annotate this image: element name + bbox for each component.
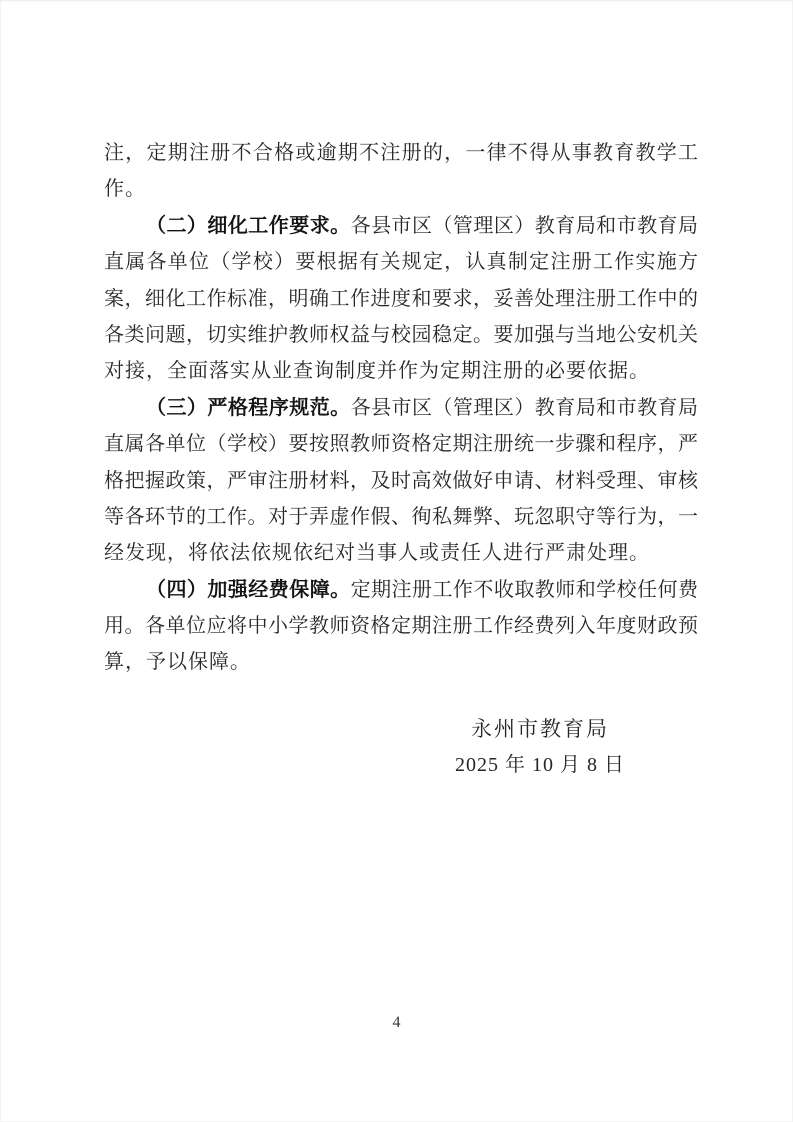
text-line: 经发现，将依法依规依纪对当事人或责任人进行严肃处理。 <box>104 535 698 571</box>
section-heading-line: （二）细化工作要求。各县市区（管理区）教育局和市教育局 <box>104 208 698 244</box>
issue-date: 2025 年 10 月 8 日 <box>380 747 700 783</box>
line-text: 注，定期注册不合格或逾期不注册的，一律不得从事教育教学工 <box>104 142 698 164</box>
document-page: 注，定期注册不合格或逾期不注册的，一律不得从事教育教学工 作。 （二）细化工作要… <box>0 0 793 1122</box>
line-text: 各县市区（管理区）教育局和市教育局 <box>351 215 698 237</box>
text-line: 直属各单位（学校）要按照教师资格定期注册统一步骤和程序，严 <box>104 426 698 462</box>
text-line: 注，定期注册不合格或逾期不注册的，一律不得从事教育教学工 <box>104 135 698 171</box>
line-text: 算，予以保障。 <box>104 651 251 673</box>
signature-block: 永州市教育局 2025 年 10 月 8 日 <box>380 711 700 784</box>
text-line: 对接，全面落实从业查询制度并作为定期注册的必要依据。 <box>104 353 698 389</box>
document-body: 注，定期注册不合格或逾期不注册的，一律不得从事教育教学工 作。 （二）细化工作要… <box>104 135 698 681</box>
section-heading: （三）严格程序规范。 <box>146 397 351 419</box>
section-heading: （二）细化工作要求。 <box>146 215 351 237</box>
text-line: 各类问题，切实维护教师权益与校园稳定。要加强与当地公安机关 <box>104 317 698 353</box>
line-text: 直属各单位（学校）要按照教师资格定期注册统一步骤和程序，严 <box>104 433 698 455</box>
line-text: 直属各单位（学校）要根据有关规定，认真制定注册工作实施方 <box>104 251 698 273</box>
text-line: 案，细化工作标准，明确工作进度和要求，妥善处理注册工作中的 <box>104 281 698 317</box>
line-text: 定期注册工作不收取教师和学校任何费 <box>351 579 698 601</box>
line-text: 案，细化工作标准，明确工作进度和要求，妥善处理注册工作中的 <box>104 288 698 310</box>
text-line: 算，予以保障。 <box>104 644 698 680</box>
page-number: 4 <box>0 1011 793 1035</box>
line-text: 各县市区（管理区）教育局和市教育局 <box>351 397 698 419</box>
line-text: 各类问题，切实维护教师权益与校园稳定。要加强与当地公安机关 <box>104 324 698 346</box>
section-heading-line: （四）加强经费保障。定期注册工作不收取教师和学校任何费 <box>104 572 698 608</box>
text-line: 用。各单位应将中小学教师资格定期注册工作经费列入年度财政预 <box>104 608 698 644</box>
line-text: 用。各单位应将中小学教师资格定期注册工作经费列入年度财政预 <box>104 615 698 637</box>
line-text: 作。 <box>104 178 146 200</box>
text-line: 直属各单位（学校）要根据有关规定，认真制定注册工作实施方 <box>104 244 698 280</box>
text-line: 格把握政策，严审注册材料，及时高效做好申请、材料受理、审核 <box>104 463 698 499</box>
line-text: 格把握政策，严审注册材料，及时高效做好申请、材料受理、审核 <box>104 470 698 492</box>
issuing-authority: 永州市教育局 <box>380 711 700 747</box>
text-line: 等各环节的工作。对于弄虚作假、徇私舞弊、玩忽职守等行为，一 <box>104 499 698 535</box>
line-text: 经发现，将依法依规依纪对当事人或责任人进行严肃处理。 <box>104 542 650 564</box>
line-text: 对接，全面落实从业查询制度并作为定期注册的必要依据。 <box>104 360 650 382</box>
section-heading-line: （三）严格程序规范。各县市区（管理区）教育局和市教育局 <box>104 390 698 426</box>
section-heading: （四）加强经费保障。 <box>146 579 351 601</box>
line-text: 等各环节的工作。对于弄虚作假、徇私舞弊、玩忽职守等行为，一 <box>104 506 698 528</box>
text-line: 作。 <box>104 171 698 207</box>
